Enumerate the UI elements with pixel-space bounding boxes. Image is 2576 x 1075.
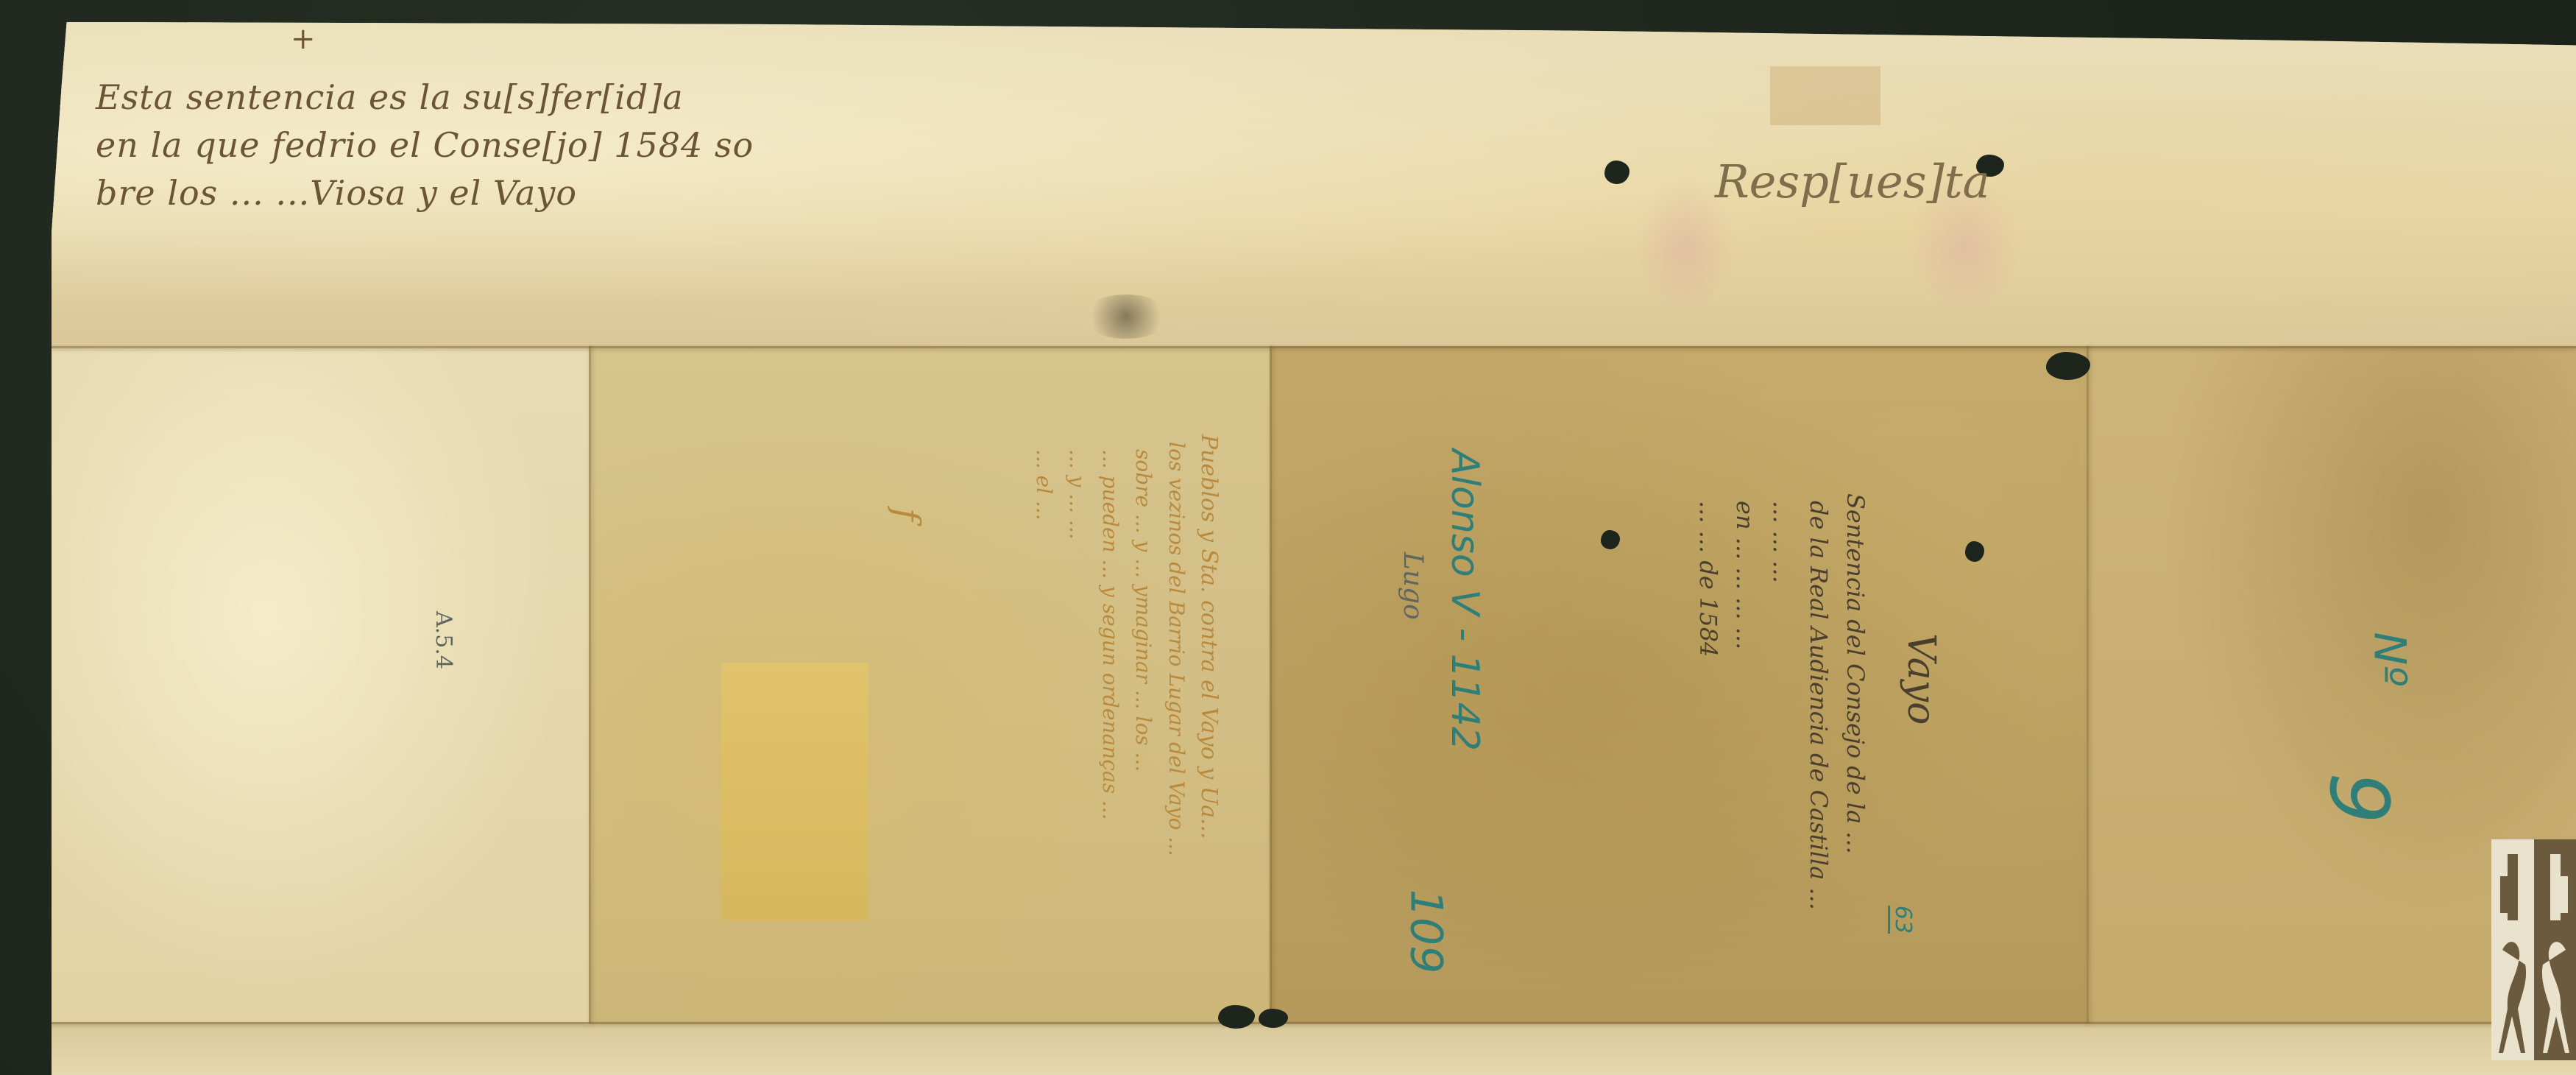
logo-dark-half	[2534, 839, 2576, 1060]
rust-note-line-1: Pueblos y Sta. contra el Vayo y Ua...	[1196, 434, 1222, 839]
panel-bottom-edge	[52, 1023, 2576, 1075]
fold-line-horizontal-top	[52, 346, 2576, 348]
rust-note-side-mark: f	[886, 508, 927, 521]
rust-note-line-5: ... y ... ...	[1065, 449, 1089, 540]
pencil-reference: A.5.4	[431, 611, 456, 669]
archive-logo	[2491, 839, 2576, 1060]
blue-pencil-side-number: 63	[1888, 906, 1916, 934]
mold-spot	[1082, 295, 1170, 339]
center-note-line-5: ... ... de 1584	[1694, 501, 1722, 657]
blue-pencil-number: 109	[1400, 889, 1451, 974]
panel-left	[52, 346, 589, 1023]
center-note-line-2: de la Real Audiencia de Castilla ...	[1805, 501, 1833, 910]
blue-pencil-abbr: Nº	[2364, 632, 2416, 685]
title-note-line-1: Esta sentencia es la su[s]fer[id]a	[96, 77, 684, 117]
logo-light-half	[2491, 839, 2534, 1060]
panel-middle-right	[1270, 346, 2087, 1023]
fold-line-vertical-1	[589, 346, 591, 1023]
fold-line-horizontal-bottom	[52, 1022, 2576, 1024]
glued-paper-patch	[721, 663, 868, 920]
rust-note-line-4: ... pueden ... y segun ordenanças ...	[1098, 449, 1122, 820]
rust-note-line-6: ... el ...	[1032, 449, 1056, 521]
center-note-heading: Vayo	[1899, 633, 1943, 725]
cross-mark: +	[291, 22, 316, 56]
center-note-line-1: Sentencia del Consejo de la ...	[1841, 493, 1869, 854]
rust-note-line-2: los vezinos del Barrio Lugar del Vayo ..…	[1164, 442, 1189, 856]
title-note-line-2: en la que fedrio el Conse[jo] 1584 so	[96, 125, 754, 165]
blue-pencil-shelfmark: Alonso V - 1142	[1443, 449, 1487, 751]
rubric-signature: Resp[ues]ta	[1715, 155, 1990, 208]
center-note-line-4: en ... ... ... ...	[1731, 501, 1759, 649]
rust-note-line-3: sobre ... y ... ymaginar ... los ...	[1131, 449, 1156, 772]
fold-line-vertical-2	[1270, 346, 1272, 1023]
center-note-line-3: ... ... ...	[1768, 501, 1796, 583]
paper-label-patch	[1770, 66, 1880, 125]
blue-pencil-right-number: 9	[2312, 772, 2406, 824]
parchment-sheet: + Esta sentencia es la su[s]fer[id]a en …	[52, 22, 2576, 1075]
horseman-icon	[2534, 839, 2576, 1060]
fold-line-vertical-3	[2087, 346, 2089, 1023]
title-note-line-3: bre los ... ...Viosa y el Vayo	[96, 173, 577, 213]
horseman-icon	[2491, 839, 2534, 1060]
pencil-place-name: Lugo	[1398, 552, 1428, 620]
